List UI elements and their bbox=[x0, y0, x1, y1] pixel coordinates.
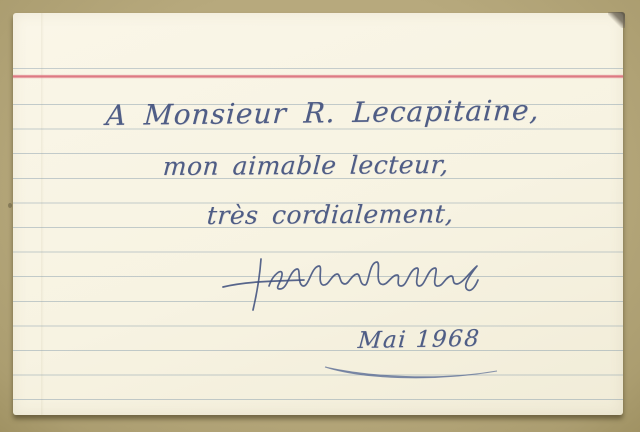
corner-fold-mark bbox=[608, 12, 625, 28]
dedication-line-1: A Monsieur R. Lecapitaine, bbox=[105, 94, 540, 132]
top-blue-rule-line bbox=[13, 68, 623, 69]
background-speck bbox=[8, 203, 12, 208]
index-card: A Monsieur R. Lecapitaine, mon aimable l… bbox=[13, 13, 623, 415]
red-header-rule-line bbox=[13, 75, 623, 78]
date-text: Mai 1968 bbox=[357, 326, 481, 354]
underline-flourish bbox=[321, 361, 501, 387]
scanned-photo-background: A Monsieur R. Lecapitaine, mon aimable l… bbox=[0, 0, 640, 432]
signature-scribble bbox=[211, 253, 479, 319]
dedication-line-3: très cordialement, bbox=[206, 199, 455, 230]
dedication-line-2: mon aimable lecteur, bbox=[162, 150, 450, 181]
